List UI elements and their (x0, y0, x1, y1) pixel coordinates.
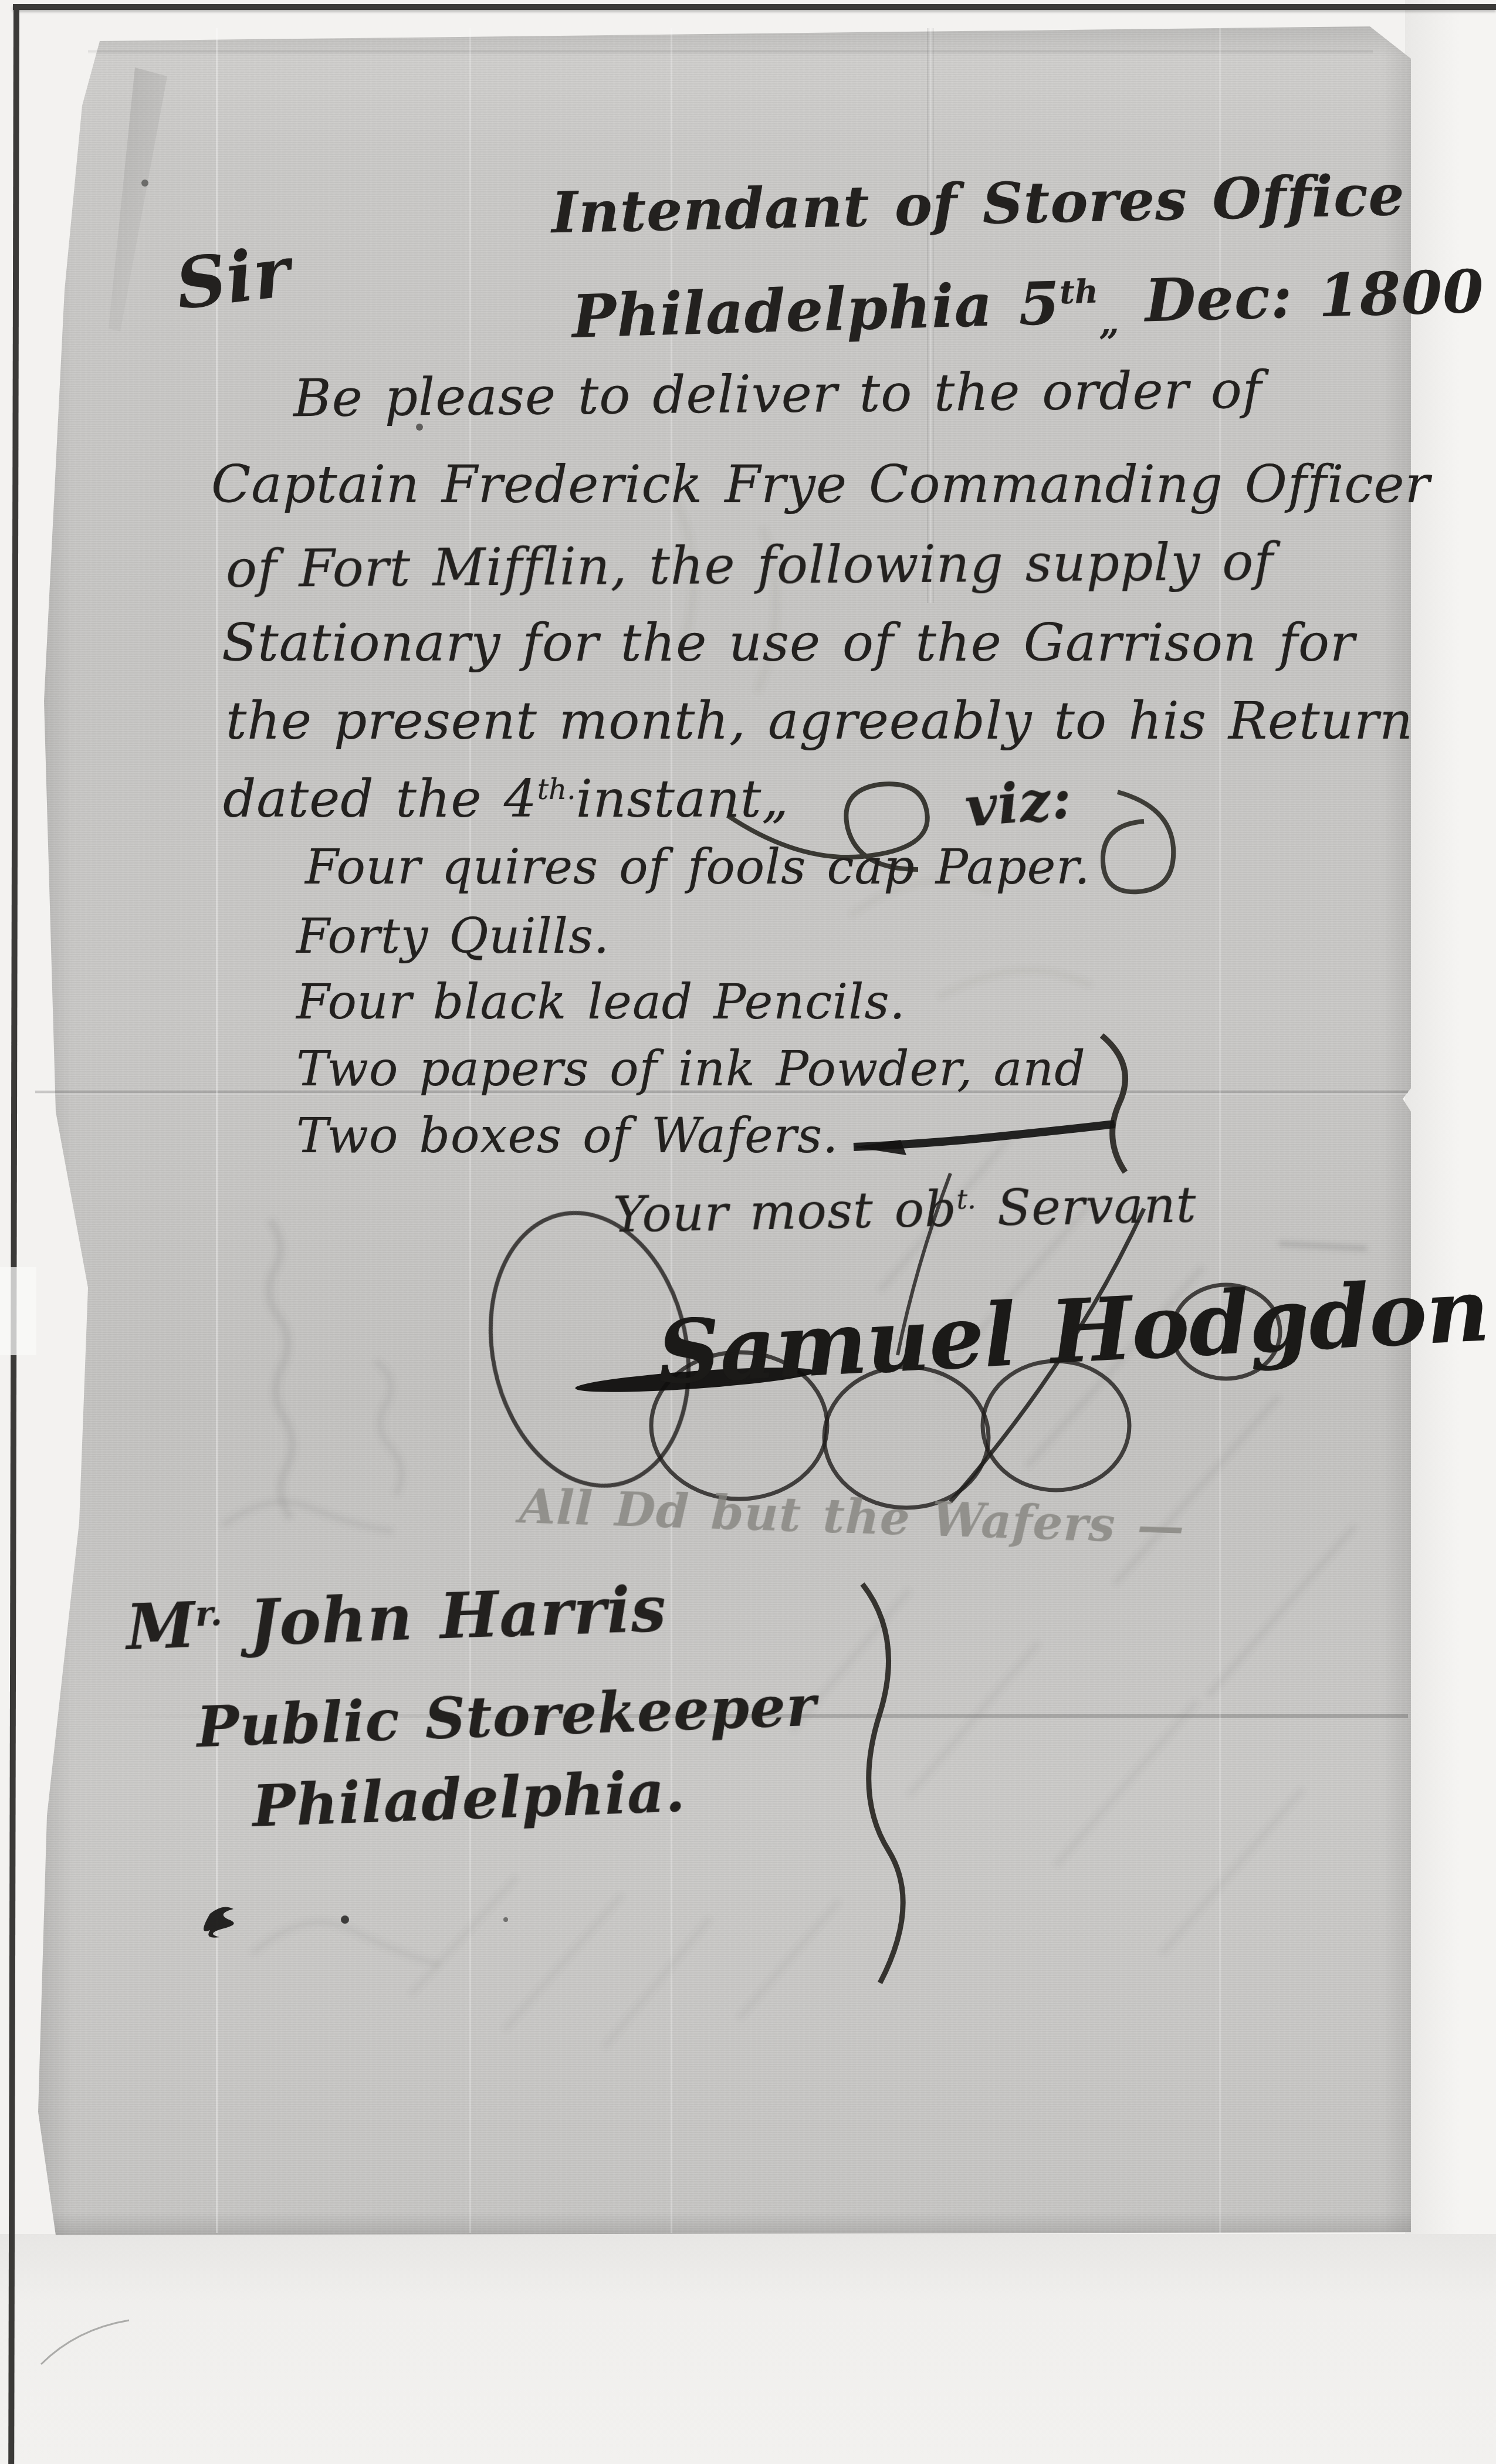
top-edge-crease (88, 50, 1373, 54)
address-honorific-sup: r. (195, 1592, 223, 1634)
scanned-letter-page: { "letter": { "office_line": "Intendant … (0, 0, 1496, 2464)
supply-item-2: Forty Quills. (296, 913, 610, 961)
scan-right-margin (1405, 0, 1496, 2464)
office-line: Intendant of Stores Office (551, 167, 1405, 241)
dated-pre: dated the 4 (223, 769, 537, 829)
address-honorific: M (125, 1588, 197, 1664)
date-ordinal-sup: th (1059, 272, 1098, 311)
body-line-2: Captain Frederick Frye Commanding Office… (211, 459, 1430, 510)
closing-pre: Your most ob (612, 1180, 957, 1243)
address-name: John Harris (221, 1572, 668, 1660)
scan-light-band (0, 1267, 36, 1355)
viz-label: viz: (963, 771, 1074, 835)
body-line-1: Be please to deliver to the order of (293, 364, 1263, 424)
body-line-5: the present month, agreeably to his Retu… (226, 695, 1413, 747)
supply-item-4: Two papers of ink Powder, and (296, 1045, 1086, 1094)
address-line-3: Philadelphia. (252, 1763, 687, 1836)
body-line-3: of Fort Mifflin, the following supply of (226, 536, 1274, 595)
body-line-4: Stationary for the use of the Garrison f… (222, 617, 1355, 669)
date-low-commas: „ (1098, 302, 1120, 344)
scanner-frame-top-edge (13, 4, 1496, 10)
closing-line: Your most obt. Servant (612, 1180, 1197, 1239)
scan-streak (1219, 28, 1221, 2233)
scan-bottom-margin (0, 2234, 1496, 2464)
supply-item-5: Two boxes of Wafers. (296, 1112, 838, 1160)
closing-sup: t. (956, 1183, 976, 1216)
scanner-frame-left-edge (8, 4, 19, 2464)
date-rest: Dec: 1800 (1118, 256, 1485, 336)
dated-ordinal-sup: th. (537, 773, 576, 806)
closing-rest: Servant (976, 1176, 1197, 1237)
scan-streak (216, 28, 218, 2233)
salutation: Sir (172, 237, 295, 320)
date-place: Philadelphia 5 (571, 269, 1061, 351)
supply-item-3: Four black lead Pencils. (296, 979, 906, 1027)
dated-rest: instant„ (576, 769, 789, 829)
supply-item-1: Four quires of fools cap Paper. (305, 844, 1091, 892)
dated-line: dated the 4th.instant„ (223, 773, 789, 825)
